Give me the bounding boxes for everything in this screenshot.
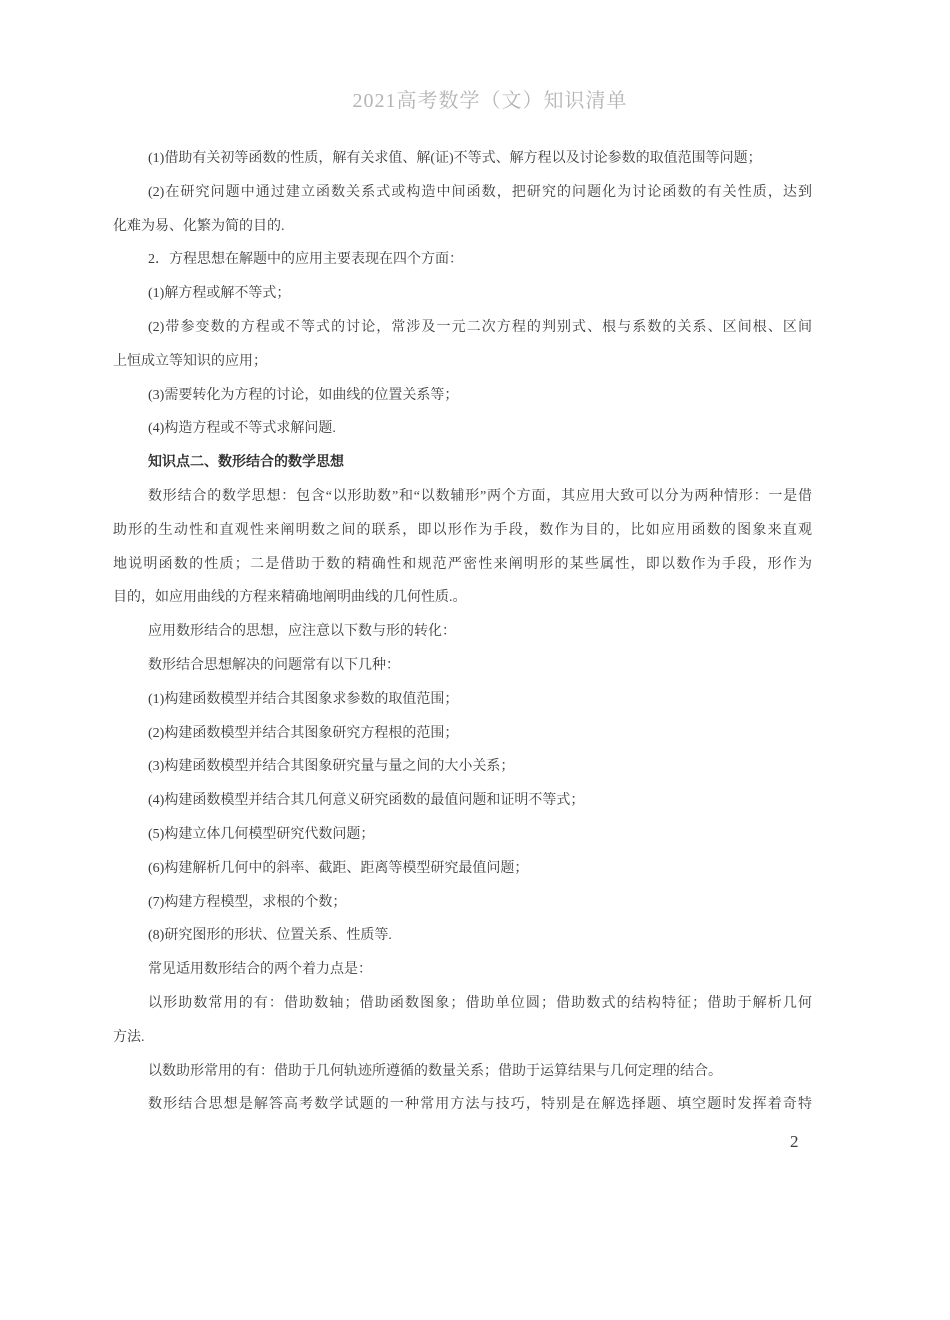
text-line: 上恒成立等知识的应用； — [113, 345, 812, 379]
text-line: (7)构建方程模型，求根的个数； — [113, 886, 812, 920]
text-line: 以形助数常用的有：借助数轴；借助函数图象；借助单位圆；借助数式的结构特征；借助于… — [113, 987, 812, 1021]
text-line: (1)解方程或解不等式； — [113, 277, 812, 311]
section-heading: 知识点二、数形结合的数学思想 — [113, 446, 812, 480]
text-line: 应用数形结合的思想，应注意以下数与形的转化： — [113, 615, 812, 649]
text-line: 2．方程思想在解题中的应用主要表现在四个方面： — [113, 243, 812, 277]
text-line: (1)借助有关初等函数的性质，解有关求值、解(证)不等式、解方程以及讨论参数的取… — [113, 142, 812, 176]
text-line: 化难为易、化繁为简的目的. — [113, 210, 812, 244]
text-line: (8)研究图形的形状、位置关系、性质等. — [113, 919, 812, 953]
text-line: 常见适用数形结合的两个着力点是： — [113, 953, 812, 987]
text-line: (4)构造方程或不等式求解问题. — [113, 412, 812, 446]
text-line: (2)构建函数模型并结合其图象研究方程根的范围； — [113, 717, 812, 751]
text-line: 方法. — [113, 1021, 812, 1055]
text-line: 地说明函数的性质；二是借助于数的精确性和规范严密性来阐明形的某些属性，即以数作为… — [113, 548, 812, 582]
text-line: 数形结合思想是解答高考数学试题的一种常用方法与技巧，特别是在解选择题、填空题时发… — [113, 1088, 812, 1122]
document-header-title: 2021高考数学（文）知识清单 — [15, 84, 950, 113]
text-line: 目的，如应用曲线的方程来精确地阐明曲线的几何性质.。 — [113, 581, 812, 615]
text-line: (3)构建函数模型并结合其图象研究量与量之间的大小关系； — [113, 750, 812, 784]
text-line: (1)构建函数模型并结合其图象求参数的取值范围； — [113, 683, 812, 717]
text-line: 以数助形常用的有：借助于几何轨迹所遵循的数量关系；借助于运算结果与几何定理的结合… — [113, 1055, 812, 1089]
text-line: 数形结合的数学思想：包含“以形助数”和“以数辅形”两个方面，其应用大致可以分为两… — [113, 480, 812, 514]
text-line: (6)构建解析几何中的斜率、截距、距离等模型研究最值问题； — [113, 852, 812, 886]
text-line: (2)在研究问题中通过建立函数关系式或构造中间函数，把研究的问题化为讨论函数的有… — [113, 176, 812, 210]
text-line: (5)构建立体几何模型研究代数问题； — [113, 818, 812, 852]
document-page: 2021高考数学（文）知识清单 (1)借助有关初等函数的性质，解有关求值、解(证… — [0, 0, 950, 1320]
text-line: (4)构建函数模型并结合其几何意义研究函数的最值问题和证明不等式； — [113, 784, 812, 818]
text-line: 数形结合思想解决的问题常有以下几种： — [113, 649, 812, 683]
text-line: (2)带参变数的方程或不等式的讨论，常涉及一元二次方程的判别式、根与系数的关系、… — [113, 311, 812, 345]
document-body: (1)借助有关初等函数的性质，解有关求值、解(证)不等式、解方程以及讨论参数的取… — [113, 142, 812, 1122]
page-number: 2 — [790, 1132, 799, 1152]
text-line: 助形的生动性和直观性来阐明数之间的联系，即以形作为手段，数作为目的，比如应用函数… — [113, 514, 812, 548]
text-line: (3)需要转化为方程的讨论，如曲线的位置关系等； — [113, 379, 812, 413]
